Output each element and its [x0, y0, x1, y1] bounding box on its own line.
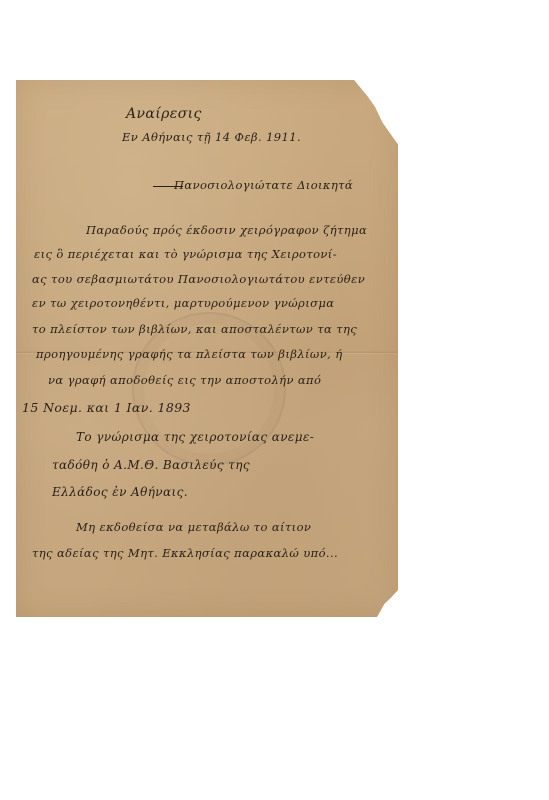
- letter-body-line: εις ὃ περιέχεται και τὸ γνώρισμα της Χει…: [34, 247, 337, 261]
- letter-body-line: το πλείστον των βιβλίων, και αποσταλέντω…: [32, 322, 357, 336]
- letter-body-line: να γραφή αποδοθείς εις την αποστολήν από: [48, 373, 321, 387]
- page-background: Αναίρεσις Εν Αθήναις τῇ 14 Φεβ. 1911. Πα…: [0, 0, 549, 800]
- letter-paper: Αναίρεσις Εν Αθήναις τῇ 14 Φεβ. 1911. Πα…: [16, 80, 398, 617]
- letter-body-line: ας του σεβασμιωτάτου Πανοσιολογιωτάτου ε…: [32, 272, 365, 286]
- letter-body-line: 15 Νοεμ. και 1 Ιαν. 1893: [22, 400, 191, 415]
- letter-salutation: Πανοσιολογιώτατε Διοικητά: [174, 178, 353, 192]
- letter-body-line: Μη εκδοθείσα να μεταβάλω το αίτιον: [76, 520, 311, 534]
- letter-body-line: Παραδούς πρός έκδοσιν χειρόγραφον ζήτημα: [86, 223, 367, 237]
- letter-body-line: της αδείας της Μητ. Εκκλησίας παρακαλώ υ…: [32, 546, 338, 560]
- letter-body-line: ταδόθη ὁ Α.Μ.Θ. Βασιλεύς της: [52, 458, 250, 472]
- letter-body-line: προηγουμένης γραφής τα πλείστα των βιβλί…: [36, 347, 342, 361]
- letter-body-line: Ελλάδος ἐν Αθήναις.: [52, 485, 188, 499]
- letter-heading: Αναίρεσις: [126, 106, 202, 122]
- letter-date: Εν Αθήναις τῇ 14 Φεβ. 1911.: [122, 130, 301, 144]
- letter-body-line: Το γνώρισμα της χειροτονίας ανεμε-: [76, 430, 314, 444]
- letter-body-line: εν τω χειροτονηθέντι, μαρτυρούμενον γνώρ…: [32, 296, 334, 310]
